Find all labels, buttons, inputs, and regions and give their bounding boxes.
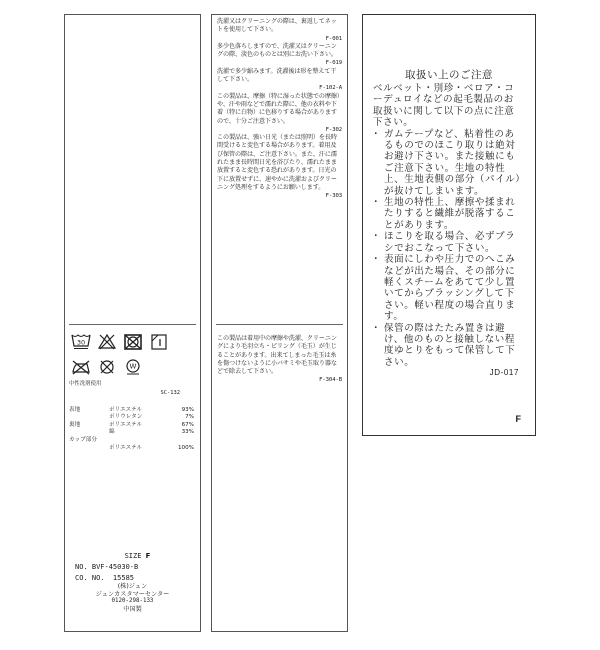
wash-30-gentle-icon: 30	[71, 333, 91, 351]
caution-title: 取扱い上のご注意	[363, 67, 535, 82]
care-label-panel-left: 30 W	[64, 14, 201, 632]
svg-text:30: 30	[77, 339, 85, 347]
detergent-note: 中性洗剤使用	[69, 381, 195, 388]
caution-item: 表面にしわや圧力でのへこみなどが出た場合、その部分に軽くスチームをあてて少し置い…	[373, 254, 523, 322]
care-notes-top: 洗濯又はクリーニングの際は、裏返してネットを使用して下さい。F-001 多少色落…	[217, 18, 342, 201]
composition-row: ポリウレタン 7%	[69, 414, 194, 421]
caution-body: ベルベット・別珍・ベロア・コーデュロイなどの起毛製品のお取扱いに関して以下の点に…	[373, 83, 523, 377]
caution-item: ほこりを取る場合、必ずブラシでおこなって下さい。	[373, 231, 523, 254]
company-name: (株)ジュン	[65, 583, 200, 591]
note-code: F-019	[217, 59, 342, 67]
country-of-origin: 中国製	[65, 606, 200, 614]
note-code: F-303	[217, 192, 342, 200]
care-note: 洗濯又はクリーニングの際は、裏返してネットを使用して下さい。F-001	[217, 18, 342, 43]
composition-row: ポリエステル 100%	[69, 445, 194, 452]
customer-center: ジュンカスタマーセンター	[65, 591, 200, 599]
svg-text:W: W	[130, 363, 137, 371]
caution-item: 保管の際はたたみ置きは避け、他のものと接触しない程度ゆとりをもって保管して下さい…	[373, 323, 523, 369]
label-code: SC-132	[70, 390, 180, 396]
size-line: SIZE F	[65, 551, 200, 562]
care-note: この製品は着用中の摩擦や洗濯、クリーニングにより毛羽立ち・ピリング（毛玉）が生じ…	[217, 335, 342, 385]
caution-item: ガムテープなど、粘着性のあるものでのほこり取りは絶対お避け下さい。また接触にもご…	[373, 129, 523, 197]
fabric-composition: 表地 ポリエステル 93% ポリウレタン 7% 裏地 ポリエステル 67% 綿 …	[69, 407, 194, 452]
line-dry-shade-icon	[149, 333, 169, 351]
divider	[69, 324, 196, 325]
composition-row: カップ部分	[69, 437, 194, 444]
caution-item: 生地の特性上、摩擦や揉まれたりすると繊維が脱落することがあります。	[373, 197, 523, 231]
handling-caution-panel: 取扱い上のご注意 ベルベット・別珍・ベロア・コーデュロイなどの起毛製品のお取扱い…	[362, 14, 536, 436]
care-symbols-row-2: W	[71, 358, 143, 376]
care-note: 洗濯で多少縮みます。洗濯後は形を整えて干して下さい。F-102-A	[217, 68, 342, 93]
wet-clean-gentle-icon: W	[123, 358, 143, 376]
divider	[216, 324, 343, 325]
manufacturer-info: (株)ジュン ジュンカスタマーセンター 0120-298-133 中国製	[65, 583, 200, 613]
size-mark: F	[516, 414, 522, 424]
composition-row: 綿 33%	[69, 429, 194, 436]
care-label-panel-middle: 洗濯又はクリーニングの際は、裏返してネットを使用して下さい。F-001 多少色落…	[211, 14, 348, 632]
caution-code: JD-017	[373, 368, 523, 377]
care-notes-bottom: この製品は着用中の摩擦や洗濯、クリーニングにより毛羽立ち・ピリング（毛玉）が生じ…	[217, 335, 342, 385]
care-note: この製品は、摩擦（特に湿った状態での摩擦）や、汗や雨などで濡れた際に、他の衣料や…	[217, 93, 342, 134]
note-code: F-102-A	[217, 84, 342, 92]
phone-number: 0120-298-133	[65, 598, 200, 606]
size-value: F	[146, 552, 151, 560]
no-tumble-dry-icon	[123, 333, 143, 351]
care-note: この製品は、強い日光（または照明）を長時間受けると変色する場合があります。着用及…	[217, 134, 342, 200]
no-iron-icon	[71, 358, 91, 376]
care-symbols-row-1: 30	[71, 333, 169, 351]
size-info: SIZE F NO. BVF-45030-B CO. NO. 15585	[65, 551, 200, 584]
no-bleach-icon	[97, 333, 117, 351]
note-code: F-001	[217, 35, 342, 43]
note-code: F-304-B	[217, 376, 342, 384]
composition-row: 裏地 ポリエステル 67%	[69, 422, 194, 429]
product-number: NO. BVF-45030-B	[65, 562, 200, 573]
caution-list: ガムテープなど、粘着性のあるものでのほこり取りは絶対お避け下さい。また接触にもご…	[373, 129, 523, 369]
note-code: F-302	[217, 126, 342, 134]
no-dry-clean-icon	[97, 358, 117, 376]
care-note: 多少色落ちしますので、洗濯又はクリーニングの際、淡色のものとは別にお洗い下さい。…	[217, 43, 342, 68]
caution-intro: ベルベット・別珍・ベロア・コーデュロイなどの起毛製品のお取扱いに関して以下の点に…	[373, 83, 523, 129]
